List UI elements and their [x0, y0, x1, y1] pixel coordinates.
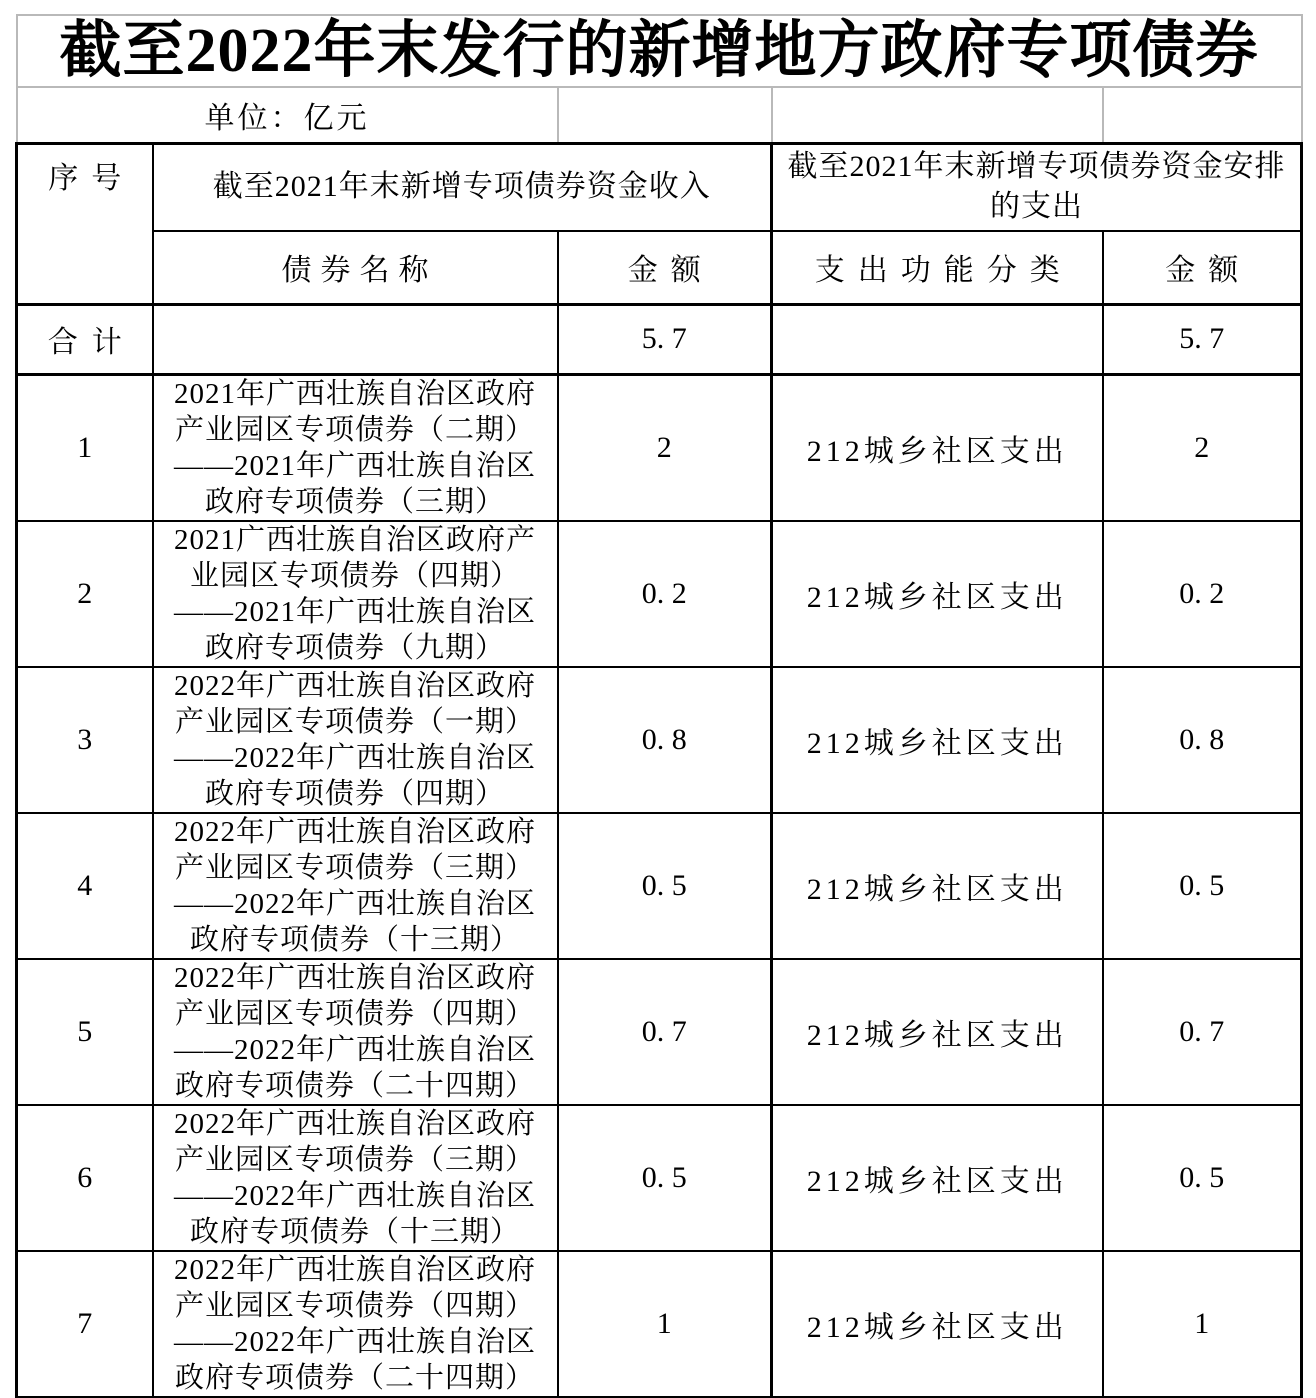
- expense-category: 212城乡社区支出: [772, 959, 1103, 1105]
- expense-amount: 0. 7: [1103, 959, 1302, 1105]
- empty-cell: [558, 87, 772, 143]
- income-amount: 0. 5: [558, 1105, 772, 1251]
- bond-name: 2022年广西壮族自治区政府 产业园区专项债券（三期） ——2022年广西壮族自…: [153, 813, 558, 959]
- expense-amount: 0. 2: [1103, 521, 1302, 667]
- unit-row: 单位：亿元: [17, 87, 1302, 143]
- table-row: 4 2022年广西壮族自治区政府 产业园区专项债券（三期） ——2022年广西壮…: [17, 813, 1302, 959]
- income-group-header: 截至2021年末新增专项债券资金收入: [153, 143, 772, 231]
- empty-cell: [1103, 87, 1302, 143]
- table-row: 7 2022年广西壮族自治区政府 产业园区专项债券（四期） ——2022年广西壮…: [17, 1251, 1302, 1398]
- row-seq: 3: [17, 667, 153, 813]
- total-label: 合计: [17, 304, 153, 374]
- total-expense-amount: 5. 7: [1103, 304, 1302, 374]
- income-amount-header: 金额: [558, 231, 772, 304]
- title-row: 截至2022年末发行的新增地方政府专项债券: [17, 15, 1302, 87]
- row-seq: 4: [17, 813, 153, 959]
- empty-cell: [772, 87, 1103, 143]
- total-income-amount: 5. 7: [558, 304, 772, 374]
- spreadsheet-page: 截至2022年末发行的新增地方政府专项债券 单位：亿元 序号 截至2021年末新…: [0, 0, 1316, 1398]
- empty-cell: [772, 304, 1103, 374]
- expense-amount: 0. 5: [1103, 813, 1302, 959]
- expense-amount: 0. 5: [1103, 1105, 1302, 1251]
- row-seq: 5: [17, 959, 153, 1105]
- row-seq: 6: [17, 1105, 153, 1251]
- table-row: 3 2022年广西壮族自治区政府 产业园区专项债券（一期） ——2022年广西壮…: [17, 667, 1302, 813]
- header-sub-row: 债券名称 金额 支出功能分类 金额: [17, 231, 1302, 304]
- row-seq: 2: [17, 521, 153, 667]
- income-amount: 0. 7: [558, 959, 772, 1105]
- income-amount: 0. 5: [558, 813, 772, 959]
- bond-name: 2022年广西壮族自治区政府 产业园区专项债券（三期） ——2022年广西壮族自…: [153, 1105, 558, 1251]
- page-title: 截至2022年末发行的新增地方政府专项债券: [17, 15, 1302, 87]
- expense-amount: 1: [1103, 1251, 1302, 1398]
- expense-category: 212城乡社区支出: [772, 813, 1103, 959]
- bond-name: 2021年广西壮族自治区政府 产业园区专项债券（二期） ——2021年广西壮族自…: [153, 374, 558, 521]
- empty-cell: [153, 304, 558, 374]
- row-seq: 1: [17, 374, 153, 521]
- expense-amount-header: 金额: [1103, 231, 1302, 304]
- income-amount: 0. 2: [558, 521, 772, 667]
- expense-category: 212城乡社区支出: [772, 1251, 1103, 1398]
- income-amount: 1: [558, 1251, 772, 1398]
- expense-category: 212城乡社区支出: [772, 521, 1103, 667]
- income-amount: 0. 8: [558, 667, 772, 813]
- bond-name: 2022年广西壮族自治区政府 产业园区专项债券（一期） ——2022年广西壮族自…: [153, 667, 558, 813]
- expense-category-header: 支出功能分类: [772, 231, 1103, 304]
- row-seq: 7: [17, 1251, 153, 1398]
- expense-category: 212城乡社区支出: [772, 374, 1103, 521]
- expense-group-header: 截至2021年末新增专项债券资金安排 的支出: [772, 143, 1302, 231]
- income-amount: 2: [558, 374, 772, 521]
- total-row: 合计 5. 7 5. 7: [17, 304, 1302, 374]
- bond-name: 2021广西壮族自治区政府产 业园区专项债券（四期） ——2021年广西壮族自治…: [153, 521, 558, 667]
- table-row: 2 2021广西壮族自治区政府产 业园区专项债券（四期） ——2021年广西壮族…: [17, 521, 1302, 667]
- table-row: 5 2022年广西壮族自治区政府 产业园区专项债券（四期） ——2022年广西壮…: [17, 959, 1302, 1105]
- expense-amount: 0. 8: [1103, 667, 1302, 813]
- expense-amount: 2: [1103, 374, 1302, 521]
- unit-label: 单位：亿元: [17, 87, 558, 143]
- seq-column-header: 序号: [17, 143, 153, 304]
- expense-category: 212城乡社区支出: [772, 1105, 1103, 1251]
- table-row: 6 2022年广西壮族自治区政府 产业园区专项债券（三期） ——2022年广西壮…: [17, 1105, 1302, 1251]
- bond-name-header: 债券名称: [153, 231, 558, 304]
- bond-table: 截至2022年末发行的新增地方政府专项债券 单位：亿元 序号 截至2021年末新…: [15, 14, 1303, 1398]
- bond-name: 2022年广西壮族自治区政府 产业园区专项债券（四期） ——2022年广西壮族自…: [153, 1251, 558, 1398]
- table-row: 1 2021年广西壮族自治区政府 产业园区专项债券（二期） ——2021年广西壮…: [17, 374, 1302, 521]
- bond-name: 2022年广西壮族自治区政府 产业园区专项债券（四期） ——2022年广西壮族自…: [153, 959, 558, 1105]
- header-group-row: 序号 截至2021年末新增专项债券资金收入 截至2021年末新增专项债券资金安排…: [17, 143, 1302, 231]
- expense-category: 212城乡社区支出: [772, 667, 1103, 813]
